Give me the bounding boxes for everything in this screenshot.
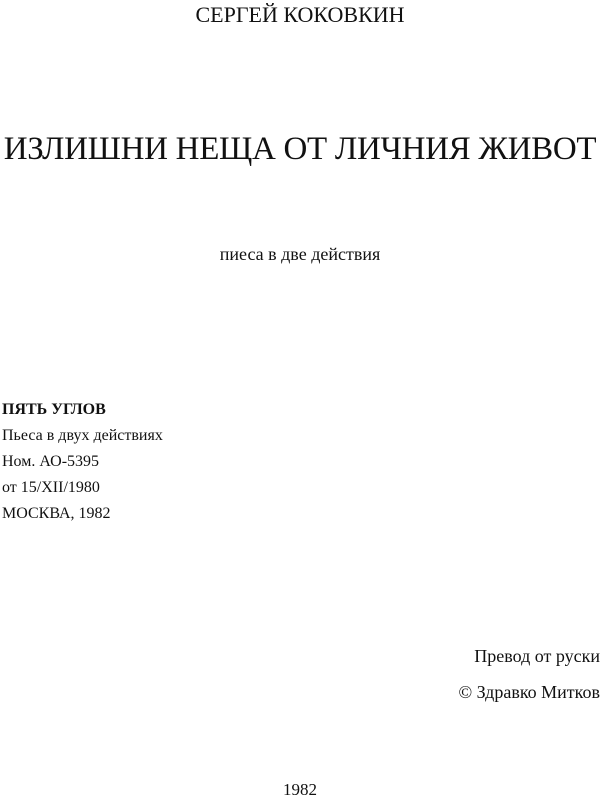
document-subtitle: пиеса в две действия	[0, 244, 600, 265]
document-title: ИЗЛИШНИ НЕЩА ОТ ЛИЧНИЯ ЖИВОТ	[0, 131, 600, 168]
translation-note: Превод от руски	[458, 638, 600, 674]
original-number: Ном. АО-5395	[2, 449, 163, 475]
original-title: ПЯТЬ УГЛОВ	[2, 397, 163, 423]
original-place-year: МОСКВА, 1982	[2, 501, 163, 527]
translation-info: Превод от руски © Здравко Митков	[458, 638, 600, 710]
original-genre: Пьеса в двух действиях	[2, 423, 163, 449]
original-date: от 15/XII/1980	[2, 475, 163, 501]
original-edition-info: ПЯТЬ УГЛОВ Пьеса в двух действиях Ном. А…	[2, 397, 163, 527]
publication-year: 1982	[0, 780, 600, 800]
translator-copyright: © Здравко Митков	[458, 674, 600, 710]
author-name: СЕРГЕЙ КОКОВКИН	[0, 2, 600, 28]
